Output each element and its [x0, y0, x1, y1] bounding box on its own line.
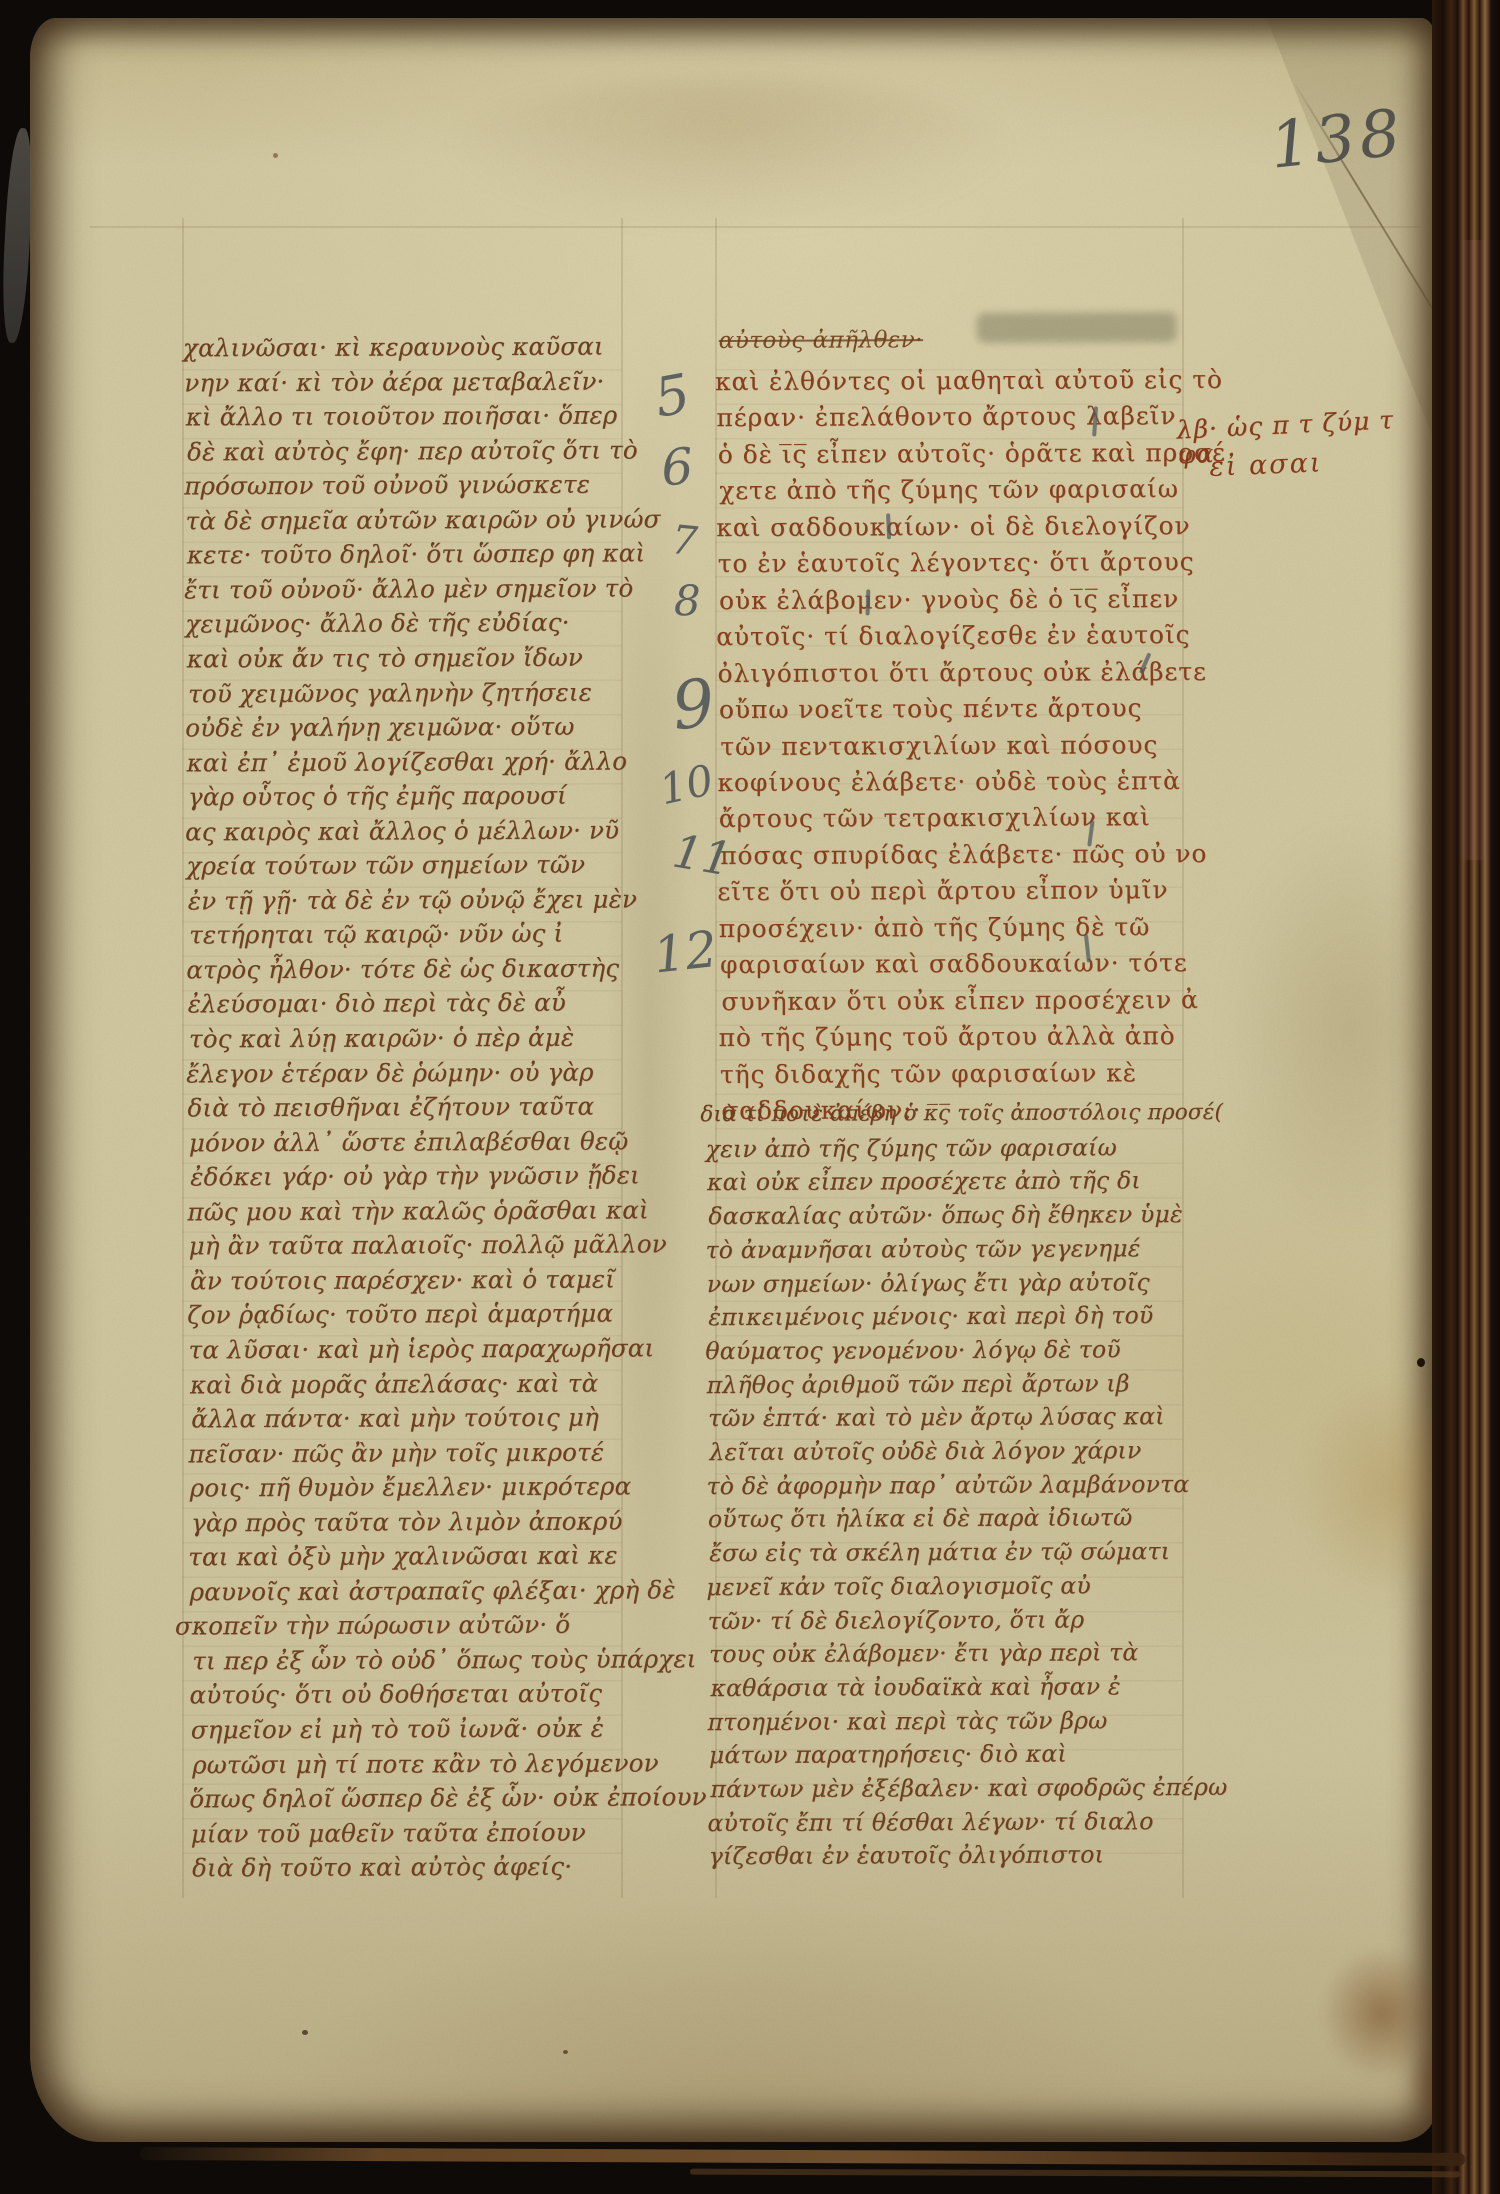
text-line: το ἐν ἑαυτοῖς λέγοντες· ὅτι ἄρτους — [718, 550, 1195, 577]
text-line: τῶν· τί δὲ διελογίζοντο, ὅτι ἄρ — [708, 1608, 1085, 1633]
text-line: ὁ δὲ ι̅ς̅ εἶπεν αὐτοῖς· ὁρᾶτε καὶ προσέ — [718, 441, 1226, 468]
text-line: ἔλεγον ἑτέραν δὲ ῥώμην· οὐ γὰρ — [186, 1060, 594, 1086]
text-line: ἂν τούτοις παρέσχεν· καὶ ὁ ταμεῖ — [190, 1267, 615, 1293]
text-line: πρόσωπον τοῦ οὐνοῦ γινώσκετε — [184, 473, 590, 499]
verse-number: 7 — [669, 517, 699, 565]
text-line: ἐν τῇ γῇ· τὰ δὲ ἐν τῷ οὐνῷ ἔχει μὲν — [188, 887, 637, 913]
verse-number-column: 56789101112 — [30, 18, 1430, 21]
left-text-column: χαλινῶσαι· κὶ κεραυνοὺς καῦσαινην καί· κ… — [30, 18, 1430, 21]
text-line: χετε ἀπὸ τῆς ζύμης τῶν φαρισαίω — [719, 477, 1179, 504]
text-line: πτοημένοι· καὶ περὶ τὰς τῶν βρω — [708, 1709, 1108, 1734]
text-line: τὸ ἀναμνῆσαι αὐτοὺς τῶν γεγενημέ — [705, 1237, 1140, 1262]
text-line: μάτων παρατηρήσεις· διὸ καὶ — [709, 1743, 1067, 1768]
text-line: οὐκ ἐλάβομεν· γνοὺς δὲ ὁ ι̅ς̅ εἶπεν — [719, 587, 1179, 614]
kephalaion-note-line2: εἰ ασαι — [1209, 449, 1323, 480]
text-line: χρεία τούτων τῶν σημείων τῶν — [186, 853, 585, 879]
text-line: κὶ ἄλλο τι τοιοῦτον ποιῆσαι· ὅπερ — [186, 404, 618, 430]
text-line: σημεῖον εἰ μὴ τὸ τοῦ ἰωνᾶ· οὐκ ἐ — [191, 1717, 604, 1743]
text-line: αὐτοῖς· τί διαλογίζεσθε ἐν ἑαυτοῖς — [716, 623, 1190, 650]
text-line: ἐδόκει γάρ· οὐ γὰρ τὴν γνῶσιν ᾔδει — [190, 1164, 640, 1190]
text-line: τῶν ἑπτά· καὶ τὸ μὲν ἄρτῳ λύσας καὶ — [708, 1405, 1165, 1430]
text-line: διὰ τί ποτὲ ἀπέβη ὁ κ̅ς̅ τοῖς ἀποστόλοις… — [700, 1102, 1223, 1126]
text-line: καὶ διὰ μορᾶς ἀπελάσας· καὶ τὰ — [190, 1371, 598, 1397]
text-line: τὰ δὲ σημεῖα αὐτῶν καιρῶν οὐ γινώσ — [186, 507, 661, 534]
text-line: ροις· πῆ θυμὸν ἔμελλεν· μικρότερα — [190, 1475, 632, 1501]
text-line: μενεῖ κἀν τοῖς διαλογισμοῖς αὐ — [706, 1574, 1091, 1599]
text-line: συνῆκαν ὅτι οὐκ εἶπεν προσέχειν ἀ — [721, 988, 1198, 1015]
text-line: πόσας σπυρίδας ἐλάβετε· πῶς οὐ νο — [720, 842, 1207, 869]
text-line: δασκαλίας αὐτῶν· ὅπως δὴ ἔθηκεν ὑμὲ — [708, 1203, 1182, 1229]
text-line: ἄρτους τῶν τετρακισχιλίων καὶ — [719, 806, 1151, 833]
text-line: γὰρ οὗτος ὁ τῆς ἐμῆς παρουσί — [188, 784, 567, 810]
text-line: κετε· τοῦτο δηλοῖ· ὅτι ὥσπερ φη καὶ — [187, 542, 645, 568]
manuscript-page: αὐτοὺς ἀπῆλθεν· χαλινῶσαι· κὶ κεραυνοὺς … — [30, 18, 1435, 2142]
verse-number: 9 — [668, 664, 718, 745]
verse-number: 6 — [659, 437, 695, 497]
text-line: τι περ ἐξ ὧν τὸ οὐδ᾽ ὅπως τοὺς ὑπάρχει — [192, 1647, 696, 1674]
text-line: τετήρηται τῷ καιρῷ· νῦν ὡς ἰ — [189, 922, 563, 948]
text-line: εῖτε ὅτι οὐ περὶ ἄρτου εἶπον ὑμῖν — [717, 878, 1168, 905]
text-line: καὶ ἐλθόντες οἱ μαθηταὶ αὐτοῦ εἰς τὸ — [715, 368, 1223, 395]
text-line: καθάρσια τὰ ἰουδαϊκὰ καὶ ἦσαν ἐ — [710, 1675, 1120, 1700]
text-line: γίζεσθαι ἐν ἑαυτοῖς ὀλιγόπιστοι — [709, 1844, 1104, 1869]
ink-offset-smudge — [977, 312, 1177, 343]
text-line: πάντων μὲν ἐξέβαλεν· καὶ σφοδρῶς ἐπέρω — [710, 1776, 1227, 1802]
text-line: ἐλεύσομαι· διὸ περὶ τὰς δὲ αὖ — [188, 991, 566, 1017]
text-line: γὰρ πρὸς ταῦτα τὸν λιμὸν ἀποκρύ — [191, 1509, 623, 1535]
text-line: καὶ ἐπ᾽ ἐμοῦ λογίζεσθαι χρή· ἄλλο — [187, 749, 628, 775]
text-line: οὐδὲ ἐν γαλήνῃ χειμῶνα· οὕτω — [185, 715, 574, 741]
folio-number: 138 — [1267, 101, 1407, 179]
text-line: λεῖται αὐτοῖς οὐδὲ διὰ λόγον χάριν — [709, 1439, 1141, 1464]
text-line: μίαν τοῦ μαθεῖν ταῦτα ἐποίουν — [191, 1820, 586, 1846]
text-line: ραυνοῖς καὶ ἀστραπαῖς φλέξαι· χρὴ δὲ — [190, 1578, 676, 1605]
page-edge-tint — [1432, 240, 1500, 860]
text-line: ζον ῥᾳδίως· τοῦτο περὶ ἁμαρτήμα — [187, 1302, 613, 1328]
text-line: ὅπως δηλοῖ ὥσπερ δὲ ἐξ ὧν· οὐκ ἐποίουν — [189, 1785, 706, 1812]
text-line: οὔπω νοεῖτε τοὺς πέντε ἄρτους — [719, 696, 1143, 723]
text-line: τους οὐκ ἐλάβομεν· ἔτι γὰρ περὶ τὰ — [709, 1641, 1138, 1666]
text-line: μὴ ἂν ταῦτα παλαιοῖς· πολλῷ μᾶλλον — [189, 1233, 667, 1260]
text-line: πῶς μου καὶ τὴν καλῶς ὁρᾶσθαι καὶ — [187, 1198, 649, 1225]
text-line: θαύματος γενομένου· λόγῳ δὲ τοῦ — [705, 1338, 1121, 1363]
text-line: πέραν· ἐπελάθοντο ἄρτους λαβεῖν — [716, 404, 1176, 431]
text-line: αὐτοῖς ἔπι τί θέσθαι λέγων· τί διαλο — [707, 1810, 1153, 1835]
verse-number: 12 — [650, 920, 720, 985]
pencil-verse-tick — [866, 589, 871, 615]
text-line: τὸς καὶ λύῃ καιρῶν· ὁ πὲρ ἀμὲ — [189, 1026, 574, 1052]
text-line: διὰ τὸ πεισθῆναι ἐζήτουν ταῦτα — [187, 1095, 594, 1121]
scripture-text-block: καὶ ἐλθόντες οἱ μαθηταὶ αὐτοῦ εἰς τὸπέρα… — [30, 18, 1430, 21]
pencil-marks — [30, 18, 1430, 21]
text-line: χειν ἀπὸ τῆς ζύμης τῶν φαρισαίω — [706, 1136, 1117, 1161]
text-line: κοφίνους ἐλάβετε· οὐδὲ τοὺς ἑπτὰ — [717, 769, 1180, 796]
text-line: τοῦ χειμῶνος γαληνὴν ζητήσειε — [188, 680, 592, 706]
verse-number: 8 — [674, 576, 701, 625]
bottom-page-edge-thin — [690, 2169, 1460, 2178]
text-line: ἄλλα πάντα· καὶ μὴν τούτοις μὴ — [191, 1406, 599, 1432]
text-line: ατρὸς ἦλθον· τότε δὲ ὡς δικαστὴς — [186, 956, 619, 982]
text-line: καὶ οὐκ ἄν τις τὸ σημεῖον ἴδων — [187, 646, 583, 672]
commentary-text-block: διὰ τί ποτὲ ἀπέβη ὁ κ̅ς̅ τοῖς ἀποστόλοις… — [30, 18, 1430, 21]
verse-number: 11 — [669, 824, 736, 887]
text-line: νων σημείων· ὀλίγως ἔτι γὰρ αὐτοῖς — [707, 1271, 1150, 1296]
text-line: δὲ καὶ αὐτὸς ἔφη· περ αὐτοῖς ὅτι τὸ — [187, 438, 638, 464]
text-line: καὶ σαδδουκαίων· οἱ δὲ διελογίζον — [716, 514, 1190, 541]
verse-number: 5 — [650, 362, 695, 430]
text-line: πλῆθος ἀριθμοῦ τῶν περὶ ἄρτων ιβ — [707, 1372, 1130, 1397]
catchline-struck-text: αὐτοὺς ἀπῆλθεν· — [719, 329, 923, 353]
text-line: πεῖσαν· πῶς ἂν μὴν τοῖς μικροτέ — [188, 1440, 604, 1466]
text-line: μόνον ἀλλ᾽ ὥστε ἐπιλαβέσθαι θεῷ — [189, 1129, 629, 1155]
text-line: τῆς διδαχῆς τῶν φαρισαίων κὲ — [720, 1061, 1137, 1088]
text-line: αὐτούς· ὅτι οὐ δοθήσεται αὐτοῖς — [189, 1682, 602, 1708]
text-line: σκοπεῖν τὴν πώρωσιν αὐτῶν· ὅ — [175, 1613, 570, 1639]
text-line: νην καί· κὶ τὸν ἀέρα μεταβαλεῖν· — [184, 369, 604, 395]
text-line: ὀλιγόπιστοι ὅτι ἄρτους οὐκ ἐλάβετε — [718, 660, 1207, 687]
text-line: τα λῦσαι· καὶ μὴ ἱερὸς παραχωρῆσαι — [189, 1336, 655, 1363]
text-line: ἔτι τοῦ οὐνοῦ· ἄλλο μὲν σημεῖον τὸ — [184, 576, 633, 602]
text-line: ας καιρὸς καὶ ἄλλος ὁ μέλλων· νῦ — [185, 818, 619, 844]
text-line: ἔσω εἰς τὰ σκέλη μάτια ἐν τῷ σώματι — [709, 1540, 1170, 1566]
bottom-page-edge — [140, 2147, 1465, 2166]
text-line: καὶ οὐκ εἶπεν προσέχετε ἀπὸ τῆς δι — [707, 1170, 1141, 1195]
text-line: ἐπικειμένοις μένοις· καὶ περὶ δὴ τοῦ — [708, 1304, 1153, 1329]
text-line: οὕτως ὅτι ἡλίκα εἰ δὲ παρὰ ἰδιωτῶ — [708, 1507, 1133, 1532]
verse-number: 10 — [655, 755, 718, 814]
text-line: ρωτῶσι μὴ τί ποτε κἂν τὸ λεγόμενον — [192, 1751, 659, 1778]
text-line: πὸ τῆς ζύμης τοῦ ἄρτου ἀλλὰ ἀπὸ — [719, 1024, 1176, 1051]
text-line: τῶν πεντακισχιλίων καὶ πόσους — [720, 733, 1158, 760]
text-line: χειμῶνος· ἄλλο δὲ τῆς εὐδίας· — [185, 611, 569, 637]
text-line: φαρισαίων καὶ σαδδουκαίων· τότε — [720, 951, 1188, 978]
text-line: ται καὶ ὀξὺ μὴν χαλινῶσαι καὶ κε — [188, 1544, 617, 1570]
text-line: χαλινῶσαι· κὶ κεραυνοὺς καῦσαι — [183, 335, 604, 361]
text-line: διὰ δὴ τοῦτο καὶ αὐτὸς ἀφείς· — [192, 1855, 572, 1881]
text-line: τὸ δὲ ἀφορμὴν παρ᾽ αὐτῶν λαμβάνοντα — [707, 1473, 1190, 1499]
text-layer: αὐτοὺς ἀπῆλθεν· χαλινῶσαι· κὶ κεραυνοὺς … — [30, 18, 1435, 2142]
manuscript-photo: αὐτοὺς ἀπῆλθεν· χαλινῶσαι· κὶ κεραυνοὺς … — [0, 0, 1500, 2194]
